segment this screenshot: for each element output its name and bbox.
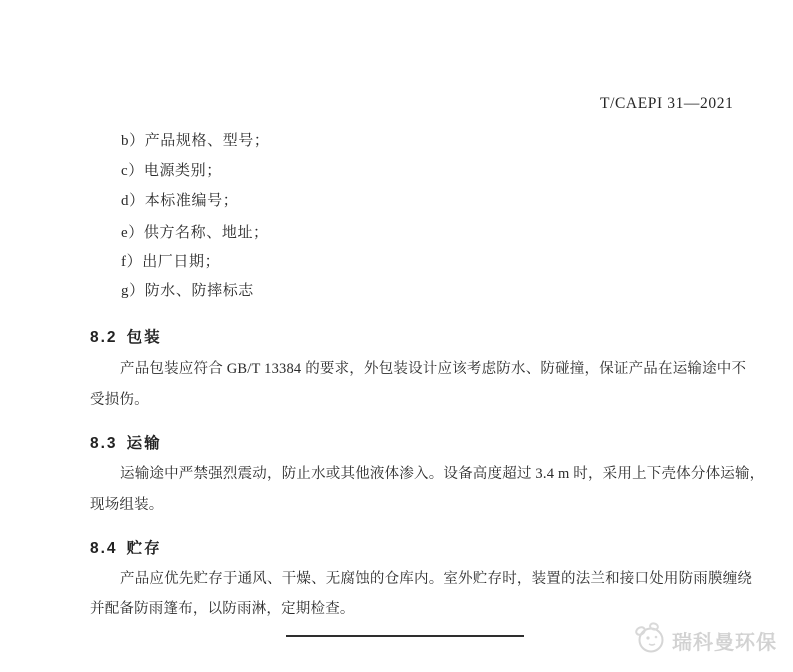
list-item: e）供方名称、地址； [121,221,269,242]
list-item: g）防水、防摔标志 [121,279,254,300]
paragraph-line: 运输途中严禁强烈震动，防止水或其他液体渗入。设备高度超过 3.4 m 时，采用上… [120,462,764,483]
section-heading: 8.3运输 [90,431,162,453]
section-title: 包装 [127,329,162,346]
paragraph-line: 现场组装。 [90,493,164,514]
section-number: 8.4 [90,540,118,557]
paragraph-line: 受损伤。 [90,388,149,409]
panda-logo-icon [632,622,666,659]
section-heading: 8.4贮存 [90,536,162,558]
section-title: 运输 [127,435,162,452]
list-item: d）本标准编号； [121,189,238,210]
standard-reference: T/CAEPI 31—2021 [600,95,733,113]
list-item: c）电源类别； [121,159,222,180]
paragraph-line: 产品包装应符合 GB/T 13384 的要求，外包装设计应该考虑防水、防碰撞，保… [120,357,746,378]
section-heading: 8.2包装 [90,325,162,347]
list-item: f）出厂日期； [121,250,220,271]
section-title: 贮存 [127,540,162,557]
watermark: 瑞科曼环保 [632,622,777,659]
watermark-text: 瑞科曼环保 [672,626,777,655]
section-number: 8.3 [90,435,118,452]
section-number: 8.2 [90,329,118,346]
paragraph-line: 产品应优先贮存于通风、干燥、无腐蚀的仓库内。室外贮存时，装置的法兰和接口处用防雨… [120,567,752,588]
document-page: T/CAEPI 31—2021 b）产品规格、型号； c）电源类别； d）本标准… [0,0,793,672]
footer-divider [286,635,524,637]
paragraph-line: 并配备防雨篷布，以防雨淋，定期检查。 [90,597,355,618]
list-item: b）产品规格、型号； [121,129,270,150]
